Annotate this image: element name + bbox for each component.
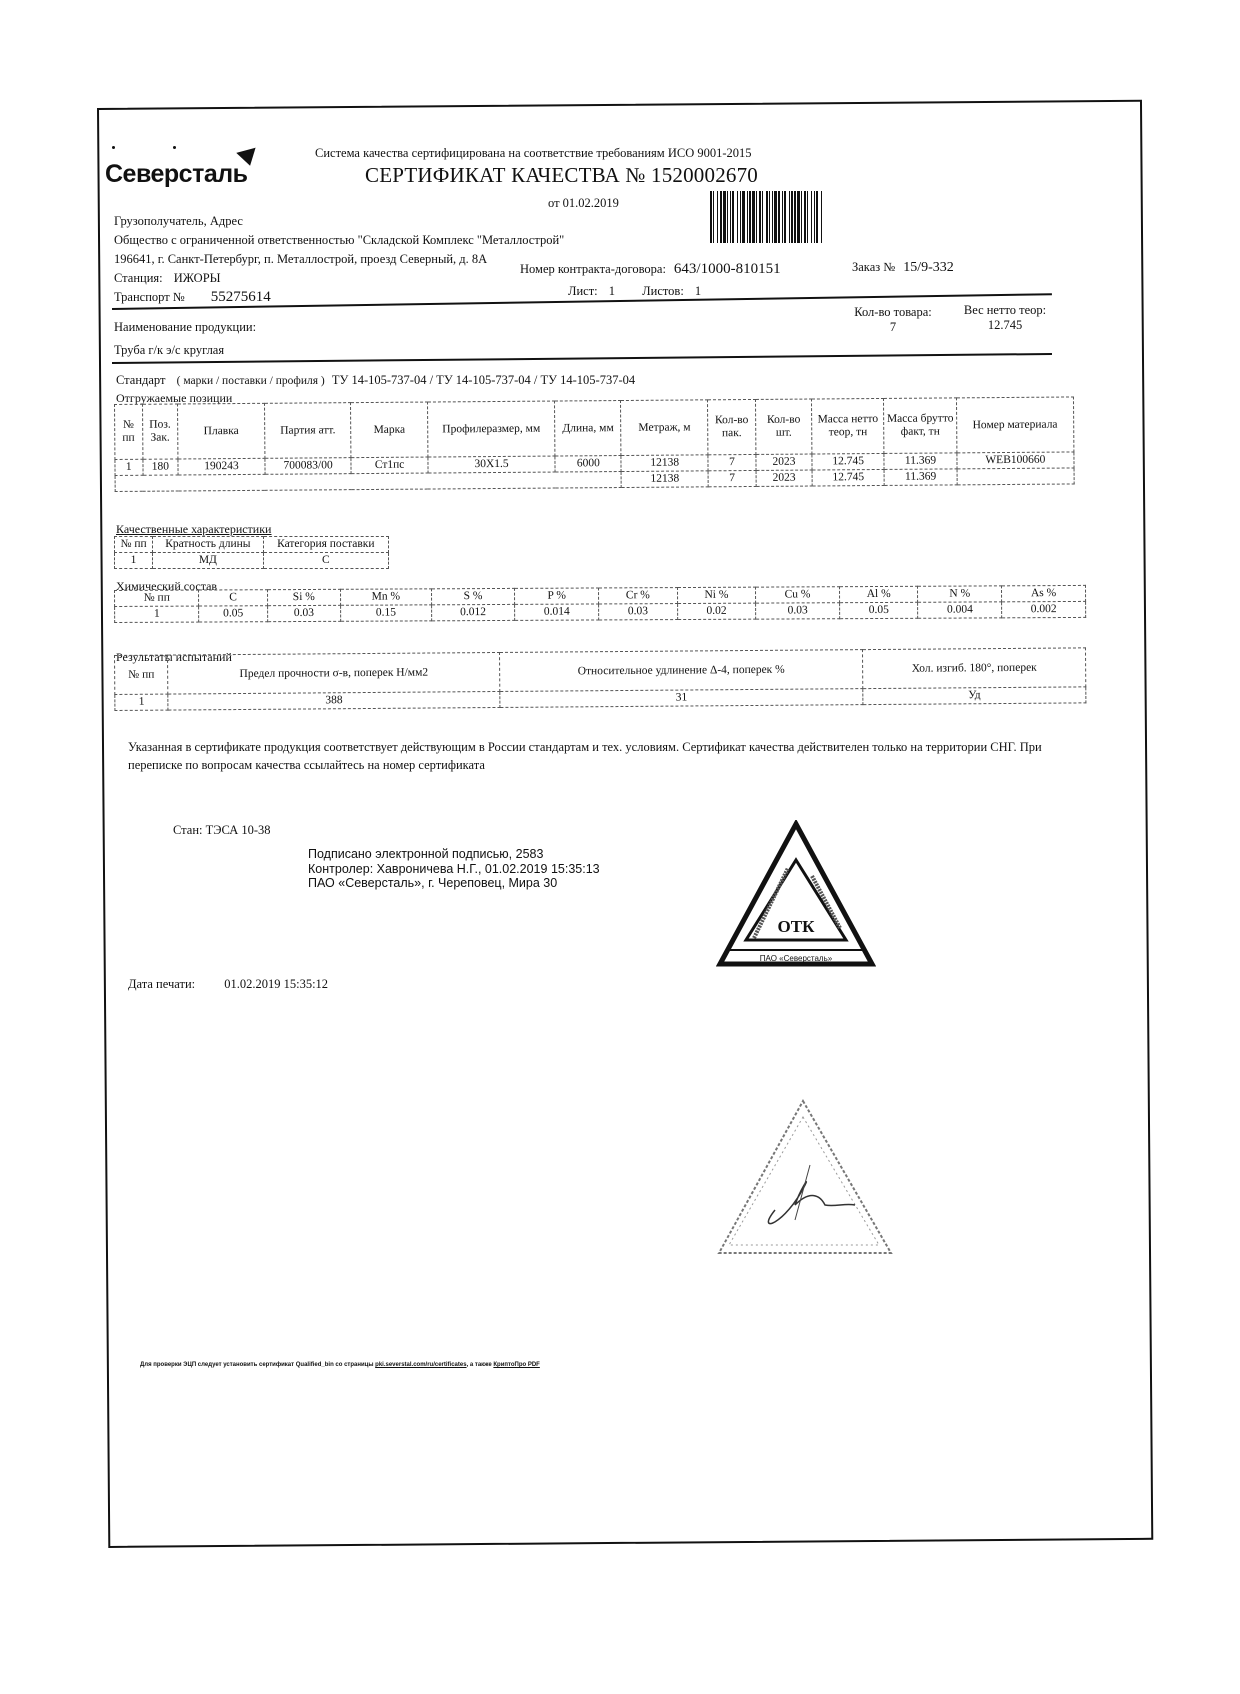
tests-table: № ппПредел прочности σ-в, поперек Н/мм2О… [114, 647, 1086, 711]
signature-line-1: Подписано электронной подписью, 2583 [308, 847, 600, 862]
chemistry-cell: 0.05 [839, 602, 918, 618]
consignee-label: Грузополучатель, Адрес [114, 214, 243, 229]
qty-block: Кол-во товара: 7 [848, 305, 938, 335]
station-value: ИЖОРЫ [174, 271, 221, 285]
station-row: Станция: ИЖОРЫ [114, 271, 221, 286]
chemistry-cell: 1 [115, 606, 200, 622]
contract-row: Номер контракта-договора: 643/1000-81015… [520, 260, 781, 278]
positions-header-1: Поз. Зак. [142, 404, 178, 459]
chemistry-header-10: N % [918, 586, 1002, 602]
positions-cell: 6000 [555, 456, 621, 473]
qty-label: Кол-во товара: [848, 305, 938, 320]
positions-cell: 12.745 [812, 453, 884, 470]
chemistry-cell: 0.03 [756, 603, 840, 619]
positions-cell: 180 [142, 459, 178, 475]
positions-header-3: Партия атт. [264, 403, 351, 459]
quality-table: № ппКратность длиныКатегория поставки 1М… [114, 536, 389, 569]
positions-header-11: Масса брутто факт, тн [884, 398, 957, 454]
quality-row: 1МДС [115, 553, 389, 569]
chemistry-cell: 0.014 [515, 604, 599, 620]
mill-info: Стан: ТЭСА 10-38 [173, 823, 271, 838]
chemistry-cell: 0.002 [1002, 601, 1086, 617]
tests-header-3: Хол. изгиб. 180°, поперек [863, 648, 1086, 689]
consignee-company: Общество с ограниченной ответственностью… [114, 233, 564, 248]
transport-row: Транспорт № 55275614 [114, 288, 271, 306]
chemistry-header-2: Si % [267, 589, 340, 605]
tests-cell: 1 [115, 694, 168, 710]
product-name-label: Наименование продукции: [114, 320, 256, 335]
quality-header-1: Кратность длины [153, 537, 264, 553]
chemistry-cell: 0.012 [431, 604, 515, 620]
positions-header-9: Кол-во шт. [755, 399, 811, 454]
positions-header-5: Профилеразмер, мм [427, 401, 555, 457]
otk-stamp-icon: ОТК ПАО «Северсталь» [716, 820, 876, 970]
chemistry-header-3: Mn % [340, 589, 431, 605]
positions-cell: Ст1пс [351, 457, 428, 474]
chemistry-cell: 0.05 [199, 606, 267, 622]
chemistry-header-0: № пп [115, 590, 200, 606]
contract-value: 643/1000-810151 [674, 261, 781, 277]
positions-cell: WEB100660 [957, 452, 1074, 469]
chemistry-table: № ппCSi %Mn %S %P %Cr %Ni %Cu %Al %N %As… [114, 585, 1086, 623]
chemistry-cell: 0.03 [599, 604, 678, 620]
footer-link-cryptopro[interactable]: КриптоПро PDF [493, 1362, 539, 1368]
positions-cell [115, 472, 622, 492]
footer-mid: , а также [467, 1362, 492, 1368]
positions-cell: 2023 [756, 454, 812, 470]
positions-total-cell: 7 [708, 470, 756, 486]
standard-hint: ( марки / поставки / профиля ) [177, 375, 325, 387]
quality-header-0: № пп [115, 537, 153, 553]
certificate-date: от 01.02.2019 [548, 196, 619, 211]
weight-block: Вес нетто теор: 12.745 [955, 303, 1055, 333]
print-date-row: Дата печати: 01.02.2019 15:35:12 [128, 977, 328, 992]
chemistry-cell: 0.03 [267, 605, 340, 621]
order-row: Заказ № 15/9-332 [852, 258, 954, 276]
stamp-bottom-text: ПАО «Северсталь» [760, 954, 833, 963]
station-label: Станция: [114, 271, 163, 285]
chemistry-header-7: Ni % [677, 587, 756, 603]
positions-header-4: Марка [351, 402, 428, 458]
positions-table: № ппПоз. Зак.ПлавкаПартия атт.МаркаПрофи… [114, 396, 1075, 492]
sheets-row: Лист: 1 Листов: 1 [568, 284, 701, 299]
order-label: Заказ № [852, 260, 895, 274]
standard-value: ТУ 14-105-737-04 / ТУ 14-105-737-04 / ТУ… [332, 373, 635, 387]
chemistry-header-9: Al % [839, 586, 918, 602]
chemistry-header-1: C [199, 590, 267, 606]
standard-row: Стандарт ( марки / поставки / профиля ) … [116, 373, 635, 388]
positions-header-8: Кол-во пак. [708, 399, 756, 454]
chemistry-header-4: S % [431, 588, 515, 604]
positions-header-12: Номер материала [956, 397, 1074, 453]
product-name-value: Труба г/к э/с круглая [114, 343, 224, 358]
positions-cell [957, 468, 1074, 485]
chemistry-cell: 0.004 [918, 602, 1002, 618]
stamp-center-text: ОТК [778, 917, 816, 936]
tests-cell: 388 [168, 691, 500, 710]
positions-cell: 11.369 [884, 453, 956, 470]
standard-label: Стандарт [116, 373, 165, 387]
positions-total-cell: 11.369 [884, 469, 956, 486]
quality-cell: МД [153, 553, 264, 569]
positions-header-0: № пп [115, 404, 143, 459]
sheet-label: Лист: [568, 284, 598, 298]
quality-cell: С [263, 553, 388, 569]
positions-cell: 1 [115, 459, 143, 475]
tests-header-2: Относительное удлинение Δ-4, поперек % [499, 650, 863, 692]
print-date-label: Дата печати: [128, 977, 195, 991]
weight-value: 12.745 [955, 318, 1055, 333]
esign-footer: Для проверки ЭЦП следует установить серт… [140, 1362, 540, 1368]
chemistry-cell: 0.15 [341, 605, 432, 621]
positions-cell: 7 [708, 454, 756, 470]
chemistry-cell: 0.02 [677, 603, 756, 619]
tests-cell: Уд [863, 687, 1086, 705]
certificate-title: СЕРТИФИКАТ КАЧЕСТВА № 1520002670 [365, 163, 758, 188]
positions-cell: 12138 [621, 455, 708, 472]
tests-header-1: Предел прочности σ-в, поперек Н/мм2 [168, 652, 500, 694]
footer-text: Для проверки ЭЦП следует установить серт… [140, 1362, 374, 1368]
sheet-value: 1 [609, 284, 615, 298]
signature-line-2: Контролер: Хавроничева Н.Г., 01.02.2019 … [308, 862, 600, 877]
tests-header-0: № пп [115, 655, 169, 694]
consignee-address: 196641, г. Санкт-Петербург, п. Металлост… [114, 252, 487, 267]
positions-cell: 190243 [178, 458, 265, 475]
sheets-value: 1 [695, 284, 701, 298]
chemistry-header-11: As % [1002, 585, 1086, 601]
positions-total-cell: 2023 [756, 470, 812, 486]
sheets-label: Листов: [642, 284, 684, 298]
positions-total-cell: 12138 [622, 471, 709, 488]
weight-label: Вес нетто теор: [955, 303, 1055, 318]
positions-cell: 30X1.5 [428, 456, 556, 473]
contract-label: Номер контракта-договора: [520, 262, 666, 276]
transport-value: 55275614 [211, 289, 271, 305]
positions-cell: 700083/00 [265, 458, 352, 475]
positions-total-cell: 12.745 [812, 469, 884, 486]
chemistry-header-6: Cr % [599, 588, 678, 604]
footer-link-certificates[interactable]: pki.severstal.com/ru/certificates [375, 1362, 466, 1368]
e-signature: Подписано электронной подписью, 2583 Кон… [308, 847, 600, 891]
company-logo: Северсталь [105, 160, 247, 189]
quality-header-2: Категория поставки [263, 537, 388, 553]
positions-header-6: Длина, мм [555, 401, 622, 457]
logo-dot [112, 146, 115, 149]
signature-line-3: ПАО «Северсталь», г. Череповец, Мира 30 [308, 876, 600, 891]
faded-stamp-icon [715, 1095, 895, 1265]
chemistry-header-5: P % [515, 588, 599, 604]
quality-cell: 1 [115, 553, 153, 569]
logo-dot [173, 146, 176, 149]
qty-value: 7 [848, 320, 938, 335]
order-value: 15/9-332 [903, 260, 954, 275]
barcode [710, 191, 966, 243]
tests-cell: 31 [500, 689, 863, 708]
transport-label: Транспорт № [114, 290, 185, 304]
positions-header-2: Плавка [178, 403, 265, 459]
compliance-note: Указанная в сертификате продукция соотве… [128, 738, 1088, 774]
print-date-value: 01.02.2019 15:35:12 [224, 977, 328, 991]
positions-header-7: Метраж, м [621, 400, 708, 456]
positions-header-10: Масса нетто теор, тн [812, 398, 885, 454]
quality-title: Качественные характеристики [116, 522, 271, 537]
chemistry-header-8: Cu % [756, 587, 840, 603]
iso-note: Система качества сертифицирована на соот… [315, 146, 752, 161]
